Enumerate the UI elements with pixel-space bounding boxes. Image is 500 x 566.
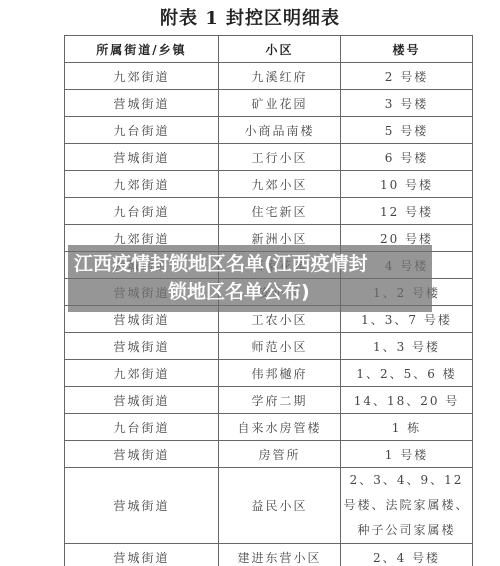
cell-building: 1 号楼	[341, 441, 473, 468]
header-community: 小区	[219, 36, 341, 63]
cell-street: 营城街道	[65, 90, 219, 117]
cell-building: 2 号楼	[341, 63, 473, 90]
cell-community: 师范小区	[219, 333, 341, 360]
cell-building: 10 号楼	[341, 171, 473, 198]
cell-building: 1、2、5、6 楼	[341, 360, 473, 387]
headline-line-1: 江西疫情封锁地区名单(江西疫情封	[68, 250, 432, 278]
table-row: 九台街道住宅新区12 号楼	[65, 198, 473, 225]
cell-building: 1、3 号楼	[341, 333, 473, 360]
cell-street: 营城街道	[65, 387, 219, 414]
headline-overlay-text: 江西疫情封锁地区名单(江西疫情封 锁地区名单公布)	[68, 250, 432, 306]
cell-community: 学府二期	[219, 387, 341, 414]
table-header-row: 所属街道/乡镇 小区 楼号	[65, 36, 473, 63]
cell-community: 九溪红府	[219, 63, 341, 90]
header-building: 楼号	[341, 36, 473, 63]
cell-street: 九台街道	[65, 198, 219, 225]
table-row: 营城街道矿业花园3 号楼	[65, 90, 473, 117]
table-row: 九郊街道伟邦樾府1、2、5、6 楼	[65, 360, 473, 387]
table-row: 九郊街道九郊小区10 号楼	[65, 171, 473, 198]
cell-building: 3 号楼	[341, 90, 473, 117]
cell-community: 工行小区	[219, 144, 341, 171]
cell-street: 营城街道	[65, 333, 219, 360]
cell-building: 12 号楼	[341, 198, 473, 225]
cell-community: 建进东营小区	[219, 544, 341, 566]
cell-street: 九台街道	[65, 414, 219, 441]
table-row: 九郊街道九溪红府2 号楼	[65, 63, 473, 90]
cell-building: 2、4 号楼	[341, 544, 473, 566]
cell-community: 益民小区	[219, 468, 341, 544]
cell-community: 九郊小区	[219, 171, 341, 198]
table-row: 营城街道工行小区6 号楼	[65, 144, 473, 171]
cell-community: 矿业花园	[219, 90, 341, 117]
cell-building: 14、18、20 号	[341, 387, 473, 414]
table-row: 九台街道小商品南楼5 号楼	[65, 117, 473, 144]
headline-line-2: 锁地区名单公布)	[68, 278, 432, 306]
table-row: 营城街道房管所1 号楼	[65, 441, 473, 468]
header-street: 所属街道/乡镇	[65, 36, 219, 63]
cell-community: 房管所	[219, 441, 341, 468]
cell-street: 九郊街道	[65, 171, 219, 198]
table-row: 营城街道建进东营小区2、4 号楼	[65, 544, 473, 566]
cell-street: 营城街道	[65, 544, 219, 566]
cell-building: 6 号楼	[341, 144, 473, 171]
cell-community: 伟邦樾府	[219, 360, 341, 387]
cell-street: 九台街道	[65, 117, 219, 144]
cell-building: 2、3、4、9、12 号楼、法院家属楼、种子公司家属楼	[341, 468, 473, 544]
cell-street: 九郊街道	[65, 63, 219, 90]
cell-community: 住宅新区	[219, 198, 341, 225]
cell-building: 5 号楼	[341, 117, 473, 144]
cell-community: 小商品南楼	[219, 117, 341, 144]
table-row: 营城街道学府二期14、18、20 号	[65, 387, 473, 414]
cell-street: 营城街道	[65, 468, 219, 544]
cell-building: 1 栋	[341, 414, 473, 441]
cell-street: 九郊街道	[65, 360, 219, 387]
document-title: 附表 1 封控区明细表	[0, 4, 500, 30]
cell-street: 营城街道	[65, 441, 219, 468]
cell-street: 营城街道	[65, 144, 219, 171]
table-row: 九台街道自来水房管楼1 栋	[65, 414, 473, 441]
table-row: 营城街道益民小区2、3、4、9、12 号楼、法院家属楼、种子公司家属楼	[65, 468, 473, 544]
table-row: 营城街道师范小区1、3 号楼	[65, 333, 473, 360]
cell-community: 自来水房管楼	[219, 414, 341, 441]
